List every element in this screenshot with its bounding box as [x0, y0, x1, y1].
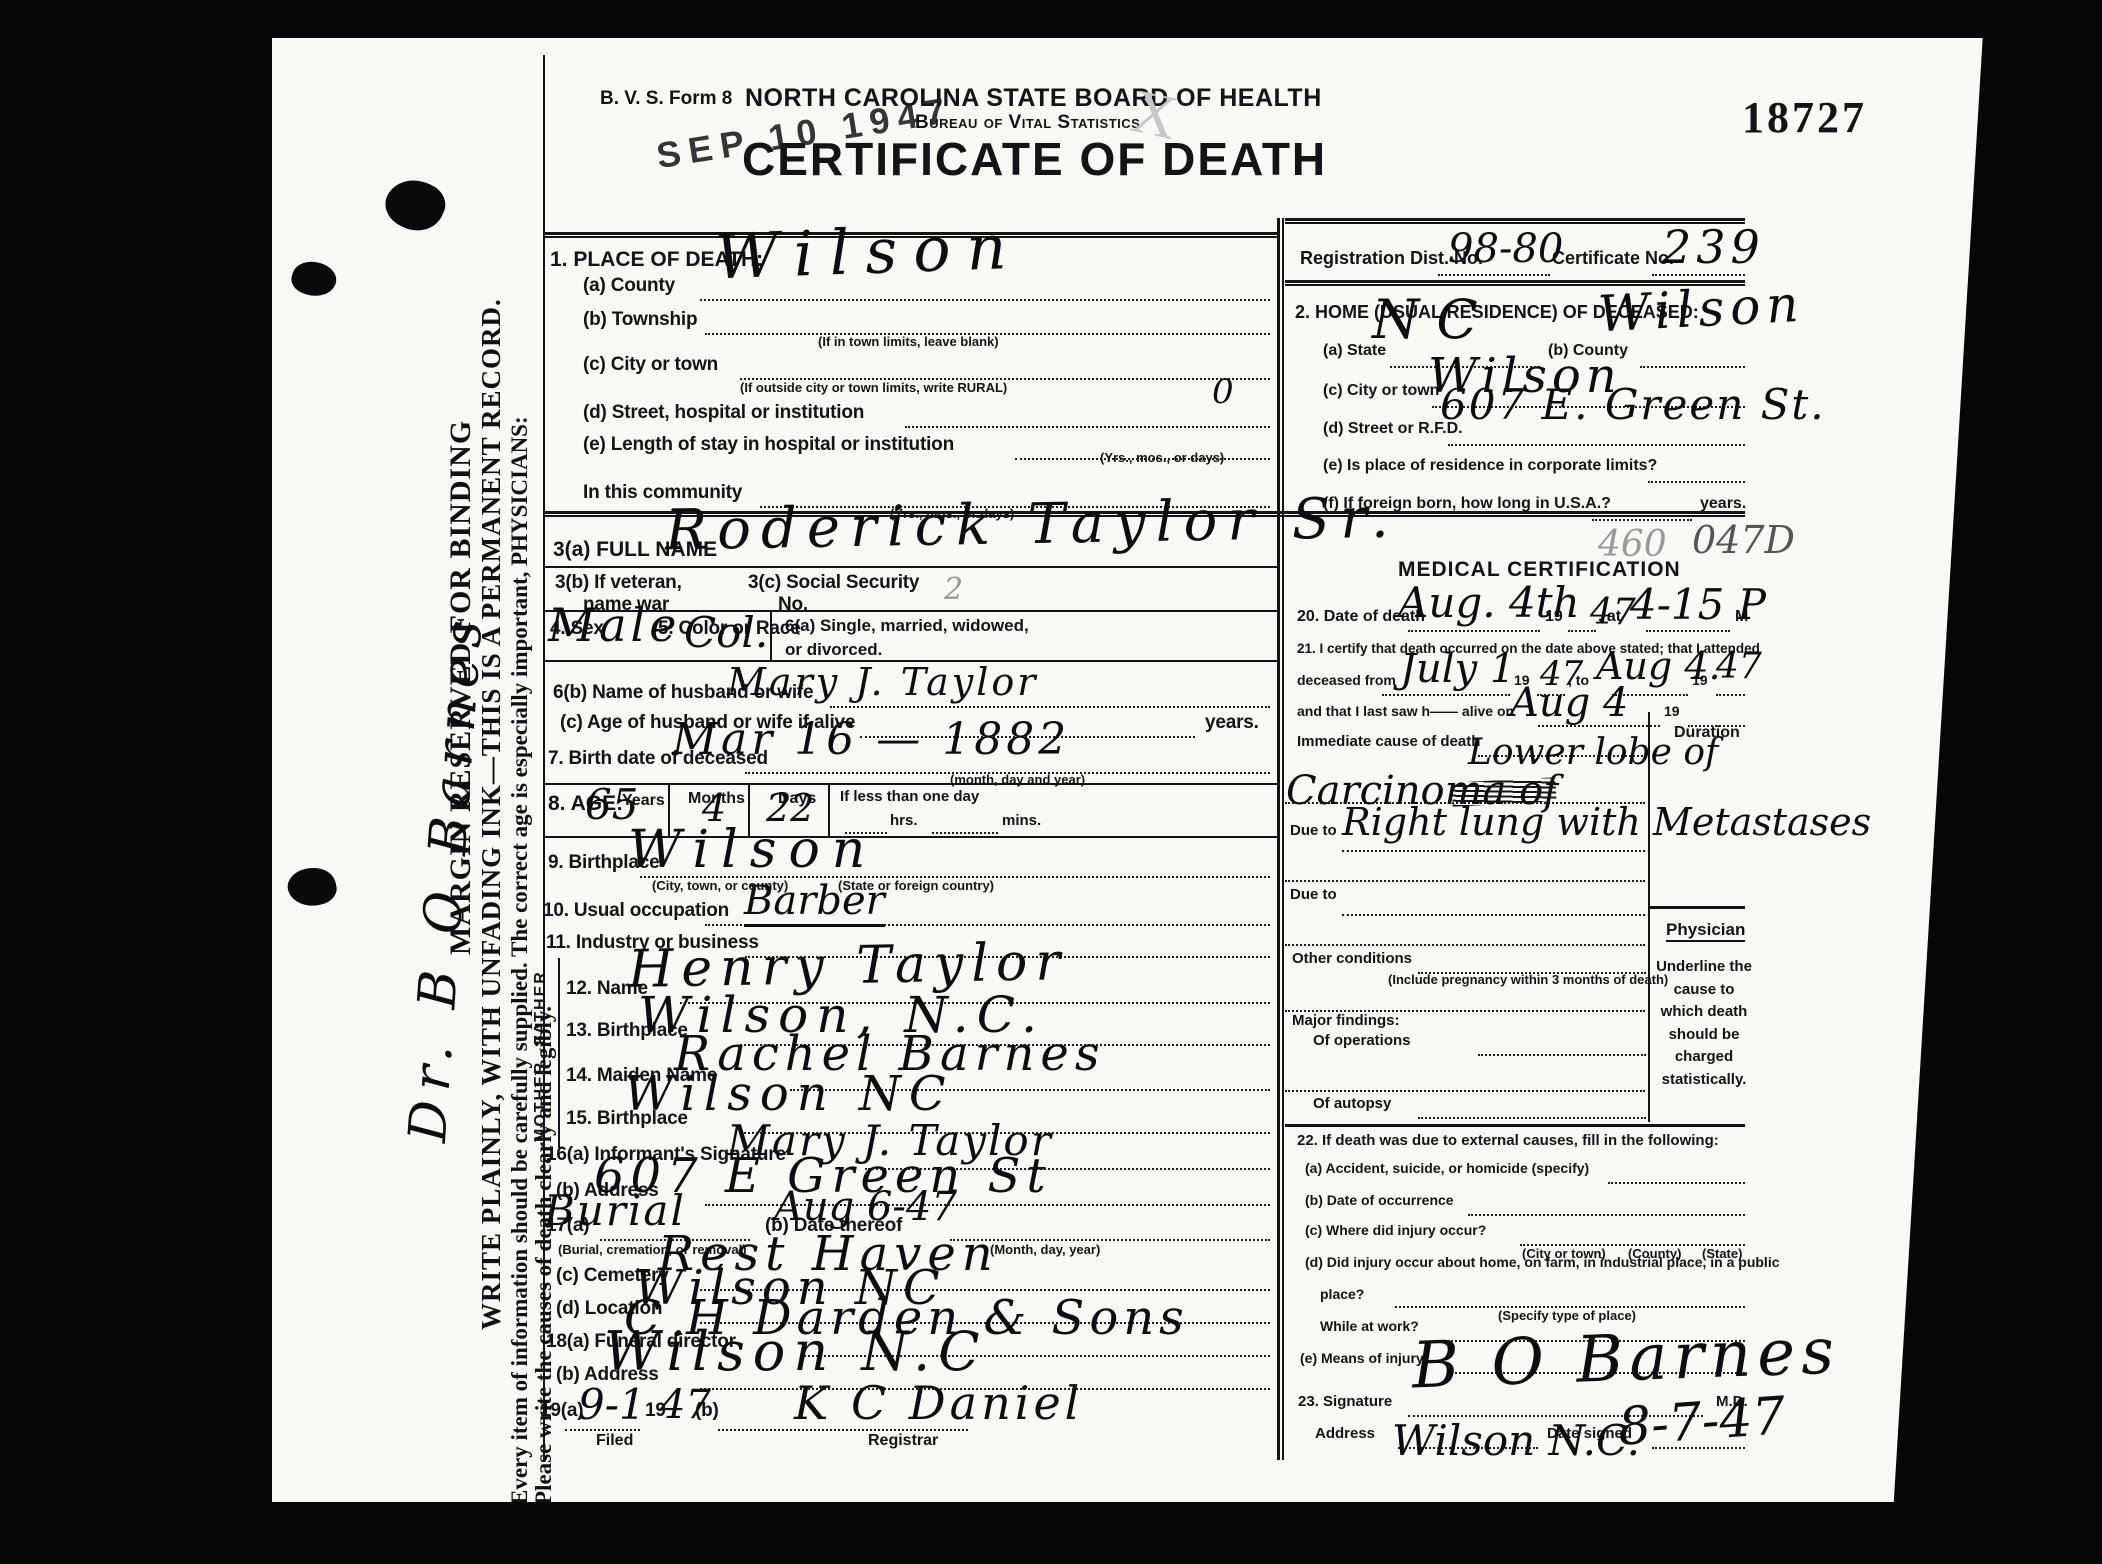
race-value: Col. [684, 608, 768, 657]
mother-birthplace-value: Wilson NC [624, 1066, 954, 1122]
section22-rule [1285, 1124, 1745, 1127]
filed-year-value: 47 [660, 1382, 711, 1428]
dotted-line [1652, 274, 1745, 276]
dotted-line [1648, 481, 1745, 483]
father-group-label: FATHER [532, 970, 550, 1045]
dotted-line [1408, 630, 1540, 632]
home-city-label: (c) City or town [1323, 382, 1439, 400]
registration-dist-value: 98-80 [1448, 226, 1563, 272]
duration-box-bottom [1648, 906, 1745, 909]
county-label: (a) County [583, 275, 675, 297]
age-box-top [545, 783, 1278, 785]
scan-border-bottom [0, 1502, 2102, 1564]
age-mins-label: mins. [1002, 812, 1041, 829]
of-autopsy-label: Of autopsy [1313, 1095, 1391, 1112]
physician-box-note: Underline the cause to which death shoul… [1654, 956, 1754, 1091]
s22d-label: (d) Did injury occur about home, on farm… [1305, 1254, 1780, 1270]
due-to-1-label: Due to [1290, 822, 1337, 839]
street-value: 0 [1212, 372, 1234, 412]
city-caption: (If outside city or town limits, write R… [740, 380, 1007, 395]
burial-date-value: Aug 6-47 [774, 1184, 957, 1230]
dotted-line [1640, 366, 1745, 368]
foreign-years-label: years. [1700, 495, 1746, 513]
age-hrs-label: hrs. [890, 812, 918, 829]
dotted-line [740, 378, 1270, 380]
date-signed-value: 8-7-47 [1616, 1386, 1787, 1458]
duration-box-left [1648, 712, 1650, 1122]
physician-address-value: Wilson N.C. [1392, 1416, 1640, 1465]
father-mother-bracket [558, 958, 560, 1148]
registrar-signature: K C Daniel [794, 1376, 1083, 1430]
dotted-line [1418, 1117, 1646, 1119]
due-to-1-value: Right lung with Metastases [1342, 800, 1871, 844]
due-to-2-label: Due to [1290, 886, 1337, 903]
occupation-label: 10. Usual occupation [543, 900, 729, 922]
mother-group-label: MOTHER [532, 1061, 550, 1142]
marital-label: 6(a) Single, married, widowed, [785, 616, 1029, 636]
home-street-value: 607 E. Green St. [1440, 380, 1826, 429]
form-number: B. V. S. Form 8 [600, 88, 732, 110]
filed-label: 19(a) [540, 1400, 583, 1422]
dotted-line [932, 832, 998, 834]
city-label: (c) City or town [583, 354, 718, 376]
ssn-label: 3(c) Social Security [748, 572, 919, 594]
dotted-line [565, 1429, 640, 1431]
spouse-value: Mary J. Taylor [727, 660, 1038, 704]
scan-border-top [0, 0, 2102, 38]
attended-to-year: 47 [1716, 646, 1762, 687]
county-value: Wilson [714, 210, 1024, 294]
dotted-line [1592, 519, 1692, 521]
spouse-age-years: years. [1205, 712, 1259, 734]
dotted-line [1418, 972, 1646, 974]
rule [545, 566, 1278, 568]
dotted-line [1448, 444, 1745, 446]
last-seen-value: Aug 4 [1510, 680, 1628, 726]
burial-date-caption: (Month, day, year) [990, 1242, 1100, 1257]
certificate-no-value: 239 [1662, 220, 1765, 274]
filed-caption: Filed [596, 1432, 633, 1450]
birthplace-value: Wilson [628, 820, 877, 880]
ssn-pencil-mark: 2 [944, 572, 963, 607]
dotted-line [1646, 630, 1730, 632]
last-saw-19: 19 [1664, 703, 1680, 719]
occupation-value: Barber [744, 878, 885, 927]
section22-heading: 22. If death was due to external causes,… [1297, 1132, 1719, 1149]
signature-label: 23. Signature [1298, 1393, 1392, 1410]
last-saw-label: and that I last saw h—— alive on [1297, 703, 1514, 719]
s22d-place-label: place? [1320, 1286, 1364, 1302]
s22b-label: (b) Date of occurrence [1305, 1192, 1454, 1208]
dotted-line [1520, 1244, 1745, 1246]
marital-label2: or divorced. [785, 640, 882, 660]
death-year-value: 47 [1590, 592, 1636, 633]
immediate-cause-label: Immediate cause of death [1297, 733, 1480, 750]
ssn-label2: No. [778, 594, 808, 616]
dotted-line [1468, 1214, 1745, 1216]
age-less-label: If less than one day [840, 788, 979, 805]
dotted-line [1688, 725, 1745, 727]
fullname-value: Roderick Taylor Sr. [664, 486, 1399, 564]
home-county-value: Wilson [1597, 275, 1806, 344]
address-label: Address [1315, 1425, 1375, 1442]
dotted-line [1438, 274, 1550, 276]
dotted-line [745, 772, 1270, 774]
pencil-047d: 047D [1692, 518, 1795, 562]
home-state-value: N C [1372, 288, 1478, 351]
dotted-line [700, 299, 1270, 301]
major-findings-label: Major findings: [1292, 1012, 1400, 1029]
dotted-line [1342, 850, 1645, 852]
s22d-caption: (Specify type of place) [1498, 1308, 1636, 1323]
township-label: (b) Township [583, 309, 697, 331]
director-address-value: Wilson N.C [604, 1320, 988, 1383]
dotted-line [1478, 1054, 1646, 1056]
of-operations-label: Of operations [1313, 1032, 1411, 1049]
other-conditions-caption: (Include pregnancy within 3 months of de… [1388, 972, 1668, 987]
s22e-label: (e) Means of injury [1300, 1350, 1424, 1366]
filed-date-value: 9-1 [578, 1380, 646, 1429]
registrar-caption: Registrar [868, 1432, 938, 1450]
veteran-label: 3(b) If veteran, [555, 572, 682, 594]
dotted-line [1395, 1306, 1745, 1308]
dotted-line [705, 333, 1270, 335]
dotted-line [830, 706, 1270, 708]
cause-lower-lobe: Lower lobe of [1468, 732, 1718, 773]
street-label: (d) Street, hospital or institution [583, 402, 864, 424]
dotted-line [1342, 914, 1645, 916]
margin-note-every-item: Every item of information should be care… [507, 416, 533, 1505]
dotted-line [1015, 458, 1270, 460]
column-divider [1277, 218, 1284, 1460]
township-caption: (If in town limits, leave blank) [818, 334, 999, 349]
stay-label: (e) Length of stay in hospital or instit… [583, 434, 954, 456]
physician-box-title: Physician [1666, 920, 1745, 942]
dotted-line [1716, 694, 1745, 696]
sex-value: Male [548, 598, 680, 652]
death-time-value: 4-15 P [1630, 580, 1766, 629]
dotted-line [1285, 1090, 1645, 1092]
scan-border-left [0, 0, 272, 1564]
dotted-line [1285, 1010, 1645, 1012]
corporate-limits-label: (e) Is place of residence in corporate l… [1323, 457, 1657, 475]
deceased-from-label: deceased from [1297, 672, 1396, 688]
birthdate-value: Mar 16 — 1882 [672, 714, 1070, 765]
dotted-line [1285, 880, 1645, 882]
dotted-line [905, 426, 1270, 428]
while-at-work-label: While at work? [1320, 1318, 1419, 1334]
certificate-no-label: Certificate No. [1552, 248, 1674, 269]
s22a-label: (a) Accident, suicide, or homicide (spec… [1305, 1160, 1589, 1176]
birthdate-caption: (month, day and year) [950, 772, 1085, 787]
other-conditions-label: Other conditions [1292, 950, 1412, 967]
death-certificate-scan: MARGIN RESERVED FOR BINDING WRITE PLAINL… [0, 0, 2102, 1564]
death-date-value: Aug. 4th [1398, 578, 1580, 627]
attended-from-value: July 1 [1400, 646, 1515, 692]
s22c-label: (c) Where did injury occur? [1305, 1222, 1486, 1238]
serial-number: 18727 [1742, 92, 1867, 143]
dotted-line [1382, 694, 1510, 696]
dotted-line [1285, 944, 1645, 946]
dotted-line [1608, 1182, 1745, 1184]
form-left-border [543, 55, 545, 1460]
